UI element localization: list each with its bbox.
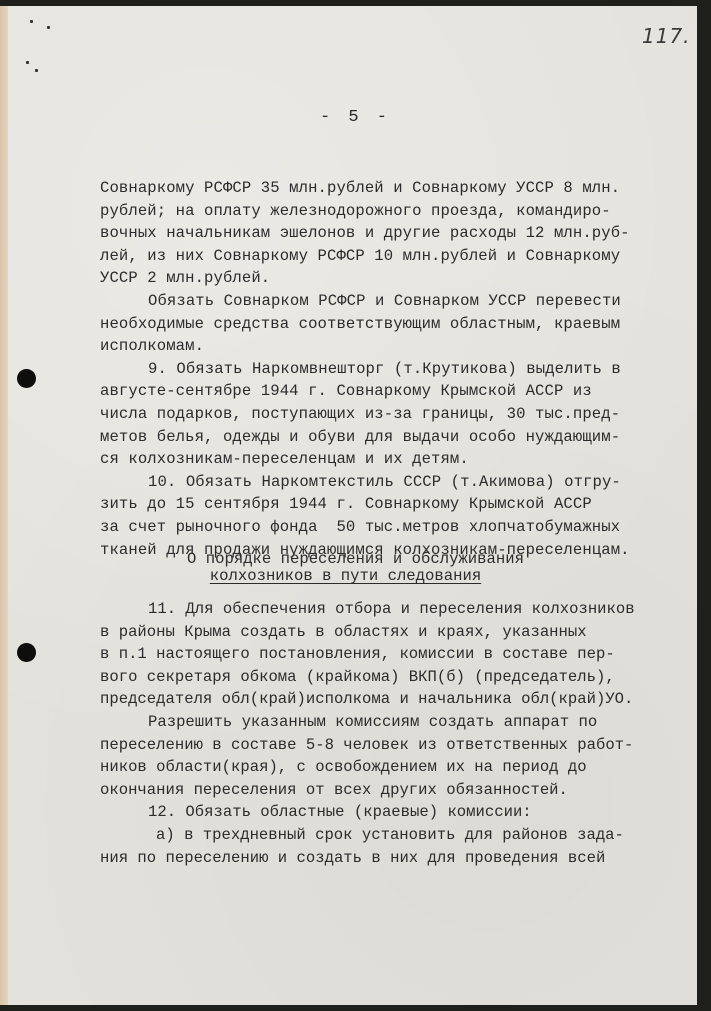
page-number: - 5 - [0,108,711,127]
paragraph-12-line: 12. Обязать областные (краевые) комиссии… [100,801,680,824]
subparagraph-a-line: а) в трехдневный срок установить для рай… [100,824,680,847]
text-line: рублей; на оплату железнодорожного проез… [100,200,660,223]
text-line: вочных начальникам эшелонов и другие рас… [100,222,660,245]
body-text-top: Совнаркому РСФСР 35 млн.рублей и Совнарк… [100,177,660,561]
text-line: переселению в составе 5-8 человек из отв… [100,734,680,757]
paper-binding-edge [0,6,8,1005]
punch-hole [17,369,36,388]
paragraph-9-line: 9. Обязать Наркомвнешторг (т.Крутикова) … [100,358,660,381]
section-heading: О порядке переселения и обслуживания кол… [0,551,711,585]
text-line: вого секретаря обкома (крайкома) ВКП(б) … [100,666,680,689]
text-line: Разрешить указанным комиссиям создать ап… [100,711,680,734]
ink-speck [35,69,38,72]
section-heading-line-1: О порядке переселения и обслуживания [0,551,711,568]
text-line: метов белья, одежды и обуви для выдачи о… [100,426,660,449]
text-line: необходимые средства соответствующим обл… [100,313,660,336]
scanned-page: 117. - 5 - Совнаркому РСФСР 35 млн.рубле… [0,0,711,1011]
ink-speck [47,26,50,29]
ink-speck [30,20,33,23]
text-line: августе-сентябре 1944 г. Совнаркому Крым… [100,380,660,403]
text-line: зить до 15 сентября 1944 г. Совнаркому К… [100,493,660,516]
text-line: в районы Крыма создать в областях и края… [100,621,680,644]
text-line: исполкомам. [100,335,660,358]
ink-speck [26,61,29,64]
text-line: лей, из них Совнаркому РСФСР 10 млн.рубл… [100,245,660,268]
section-heading-line-2: колхозников в пути следования [0,568,711,585]
archive-folio-number: 117. [642,24,691,48]
text-line: за счет рыночного фонда 50 тыс.метров хл… [100,516,660,539]
text-line: числа подарков, поступающих из-за границ… [100,403,660,426]
text-line: председателя обл(край)исполкома и началь… [100,688,680,711]
body-text-bottom: 11. Для обеспечения отбора и переселения… [100,598,680,869]
text-line: ся колхозникам-переселенцам и их детям. [100,448,660,471]
text-line: Обязать Совнарком РСФСР и Совнарком УССР… [100,290,660,313]
text-line: УССР 2 млн.рублей. [100,267,660,290]
punch-hole [17,643,36,662]
paragraph-11-line: 11. Для обеспечения отбора и переселения… [100,598,680,621]
text-line: в п.1 настоящего постановления, комиссии… [100,643,680,666]
text-line: окончания переселения от всех других обя… [100,779,680,802]
text-line: ния по переселению и создать в них для п… [100,847,680,870]
text-line: ников области(края), с освобождением их … [100,756,680,779]
text-line: Совнаркому РСФСР 35 млн.рублей и Совнарк… [100,177,660,200]
paragraph-10-line: 10. Обязать Наркомтекстиль СССР (т.Акимо… [100,471,660,494]
